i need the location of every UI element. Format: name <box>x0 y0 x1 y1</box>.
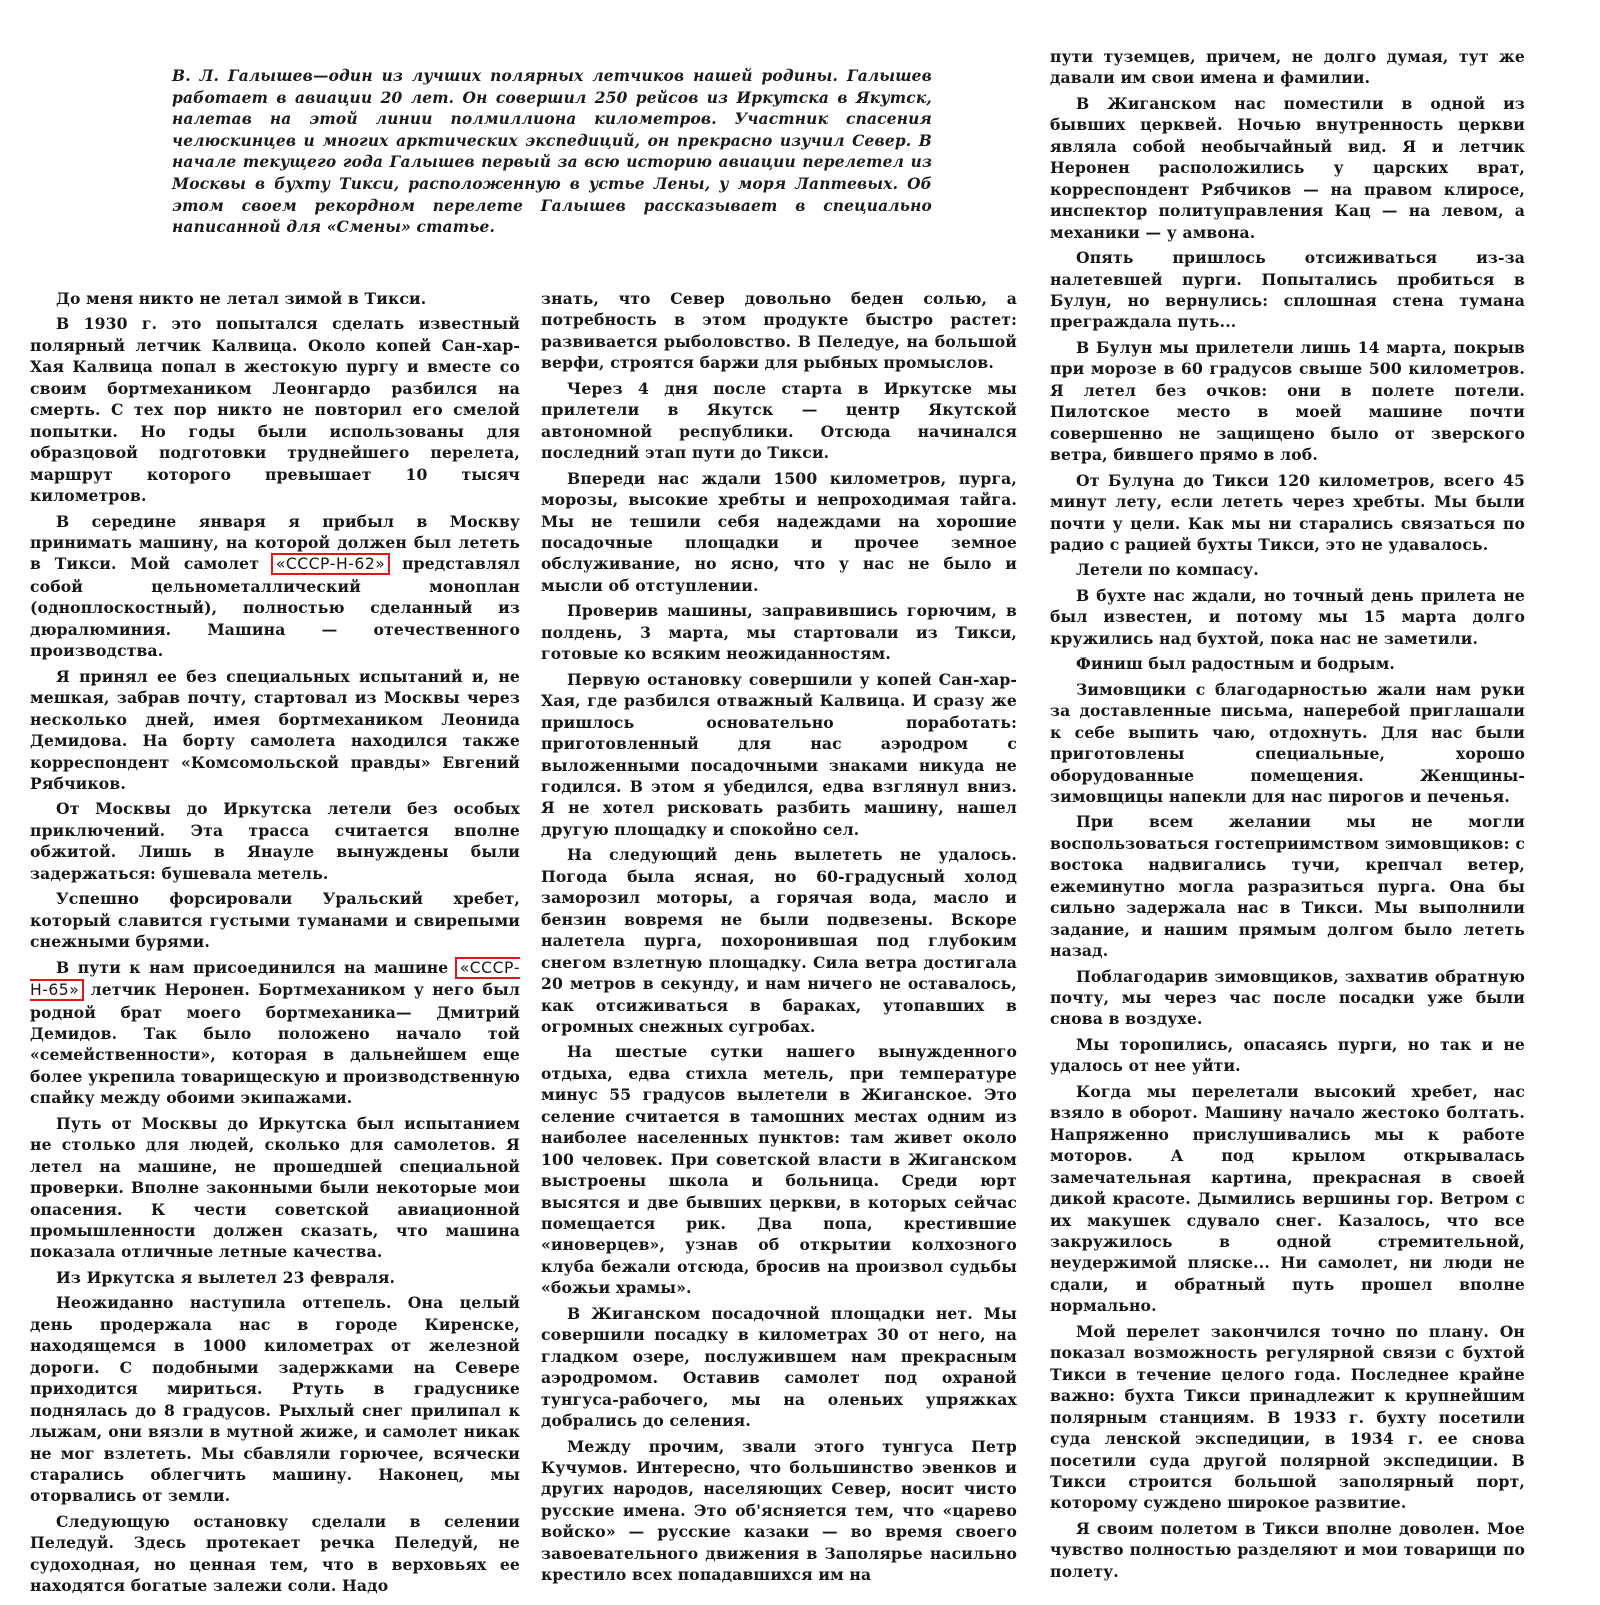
article-column-3: пути туземцев, причем, не долго думая, т… <box>1050 46 1525 1586</box>
paragraph: В Булун мы прилетели лишь 14 марта, покр… <box>1050 337 1525 466</box>
paragraph: Финиш был радостным и бодрым. <box>1050 653 1525 674</box>
paragraph: Опять пришлось отсиживаться из-за налете… <box>1050 247 1525 333</box>
article-column-1: До меня никто не летал зимой в Тикси. В … <box>30 288 520 1601</box>
paragraph: знать, что Север довольно беден солью, а… <box>541 288 1017 374</box>
paragraph: Я своим полетом в Тикси вполне доволен. … <box>1050 1518 1525 1582</box>
intro-text: В. Л. Галышев—один из лучших полярных ле… <box>172 67 932 236</box>
paragraph: От Москвы до Иркутска летели без особых … <box>30 798 520 884</box>
paragraph: В бухте нас ждали, но точный день прилет… <box>1050 585 1525 649</box>
paragraph: Проверив машины, заправившись горючим, в… <box>541 600 1017 664</box>
paragraph: В Жиганском посадочной площадки нет. Мы … <box>541 1303 1017 1432</box>
paragraph: Мы торопились, опасаясь пурги, но так и … <box>1050 1034 1525 1077</box>
highlighted-plane-id-n62: «СССР-Н-62» <box>271 553 390 575</box>
paragraph: Через 4 дня после старта в Иркутске мы п… <box>541 378 1017 464</box>
paragraph: При всем желании мы не могли воспользова… <box>1050 811 1525 961</box>
paragraph: В Жиганском нас поместили в одной из быв… <box>1050 93 1525 243</box>
paragraph: Зимовщики с благодарностью жали нам руки… <box>1050 679 1525 808</box>
article-column-2: знать, что Север довольно беден солью, а… <box>541 288 1017 1590</box>
paragraph: Первую остановку совершили у копей Сан-х… <box>541 669 1017 841</box>
paragraph: Из Иркутска я вылетел 23 февраля. <box>30 1267 520 1288</box>
paragraph: Неожиданно наступила оттепель. Она целый… <box>30 1292 520 1507</box>
article-intro: В. Л. Галышев—один из лучших полярных ле… <box>172 66 932 239</box>
paragraph: Я принял ее без специальных испытаний и,… <box>30 666 520 795</box>
paragraph-text: В пути к нам присоединился на машине <box>56 958 448 977</box>
paragraph: Когда мы перелетали высокий хребет, нас … <box>1050 1081 1525 1317</box>
paragraph: пути туземцев, причем, не долго думая, т… <box>1050 46 1525 89</box>
paragraph: На шестые сутки нашего вынужденного отды… <box>541 1041 1017 1298</box>
paragraph: Следующую остановку сделали в селении Пе… <box>30 1511 520 1597</box>
paragraph: На следующий день вылететь не удалось. П… <box>541 844 1017 1037</box>
paragraph: В 1930 г. это попытался сделать известны… <box>30 313 520 506</box>
paragraph: Мой перелет закончился точно по плану. О… <box>1050 1321 1525 1514</box>
paragraph: До меня никто не летал зимой в Тикси. <box>30 288 520 309</box>
paragraph: Впереди нас ждали 1500 километров, пурга… <box>541 468 1017 597</box>
paragraph: Между прочим, звали этого тунгуса Петр К… <box>541 1436 1017 1586</box>
newspaper-page: В. Л. Галышев—один из лучших полярных ле… <box>0 0 1600 1605</box>
paragraph: Поблагодарив зимовщиков, захватив обратн… <box>1050 966 1525 1030</box>
paragraph-text: летчик Неронен. Бортмехаником у него был… <box>30 980 520 1107</box>
paragraph: Путь от Москвы до Иркутска был испытание… <box>30 1113 520 1263</box>
paragraph: В середине января я прибыл в Москву прин… <box>30 511 520 662</box>
paragraph: От Булуна до Тикси 120 километров, всего… <box>1050 470 1525 556</box>
paragraph: Летели по компасу. <box>1050 559 1525 580</box>
paragraph: В пути к нам присоединился на машине «СС… <box>30 957 520 1109</box>
paragraph: Успешно форсировали Уральский хребет, ко… <box>30 888 520 952</box>
